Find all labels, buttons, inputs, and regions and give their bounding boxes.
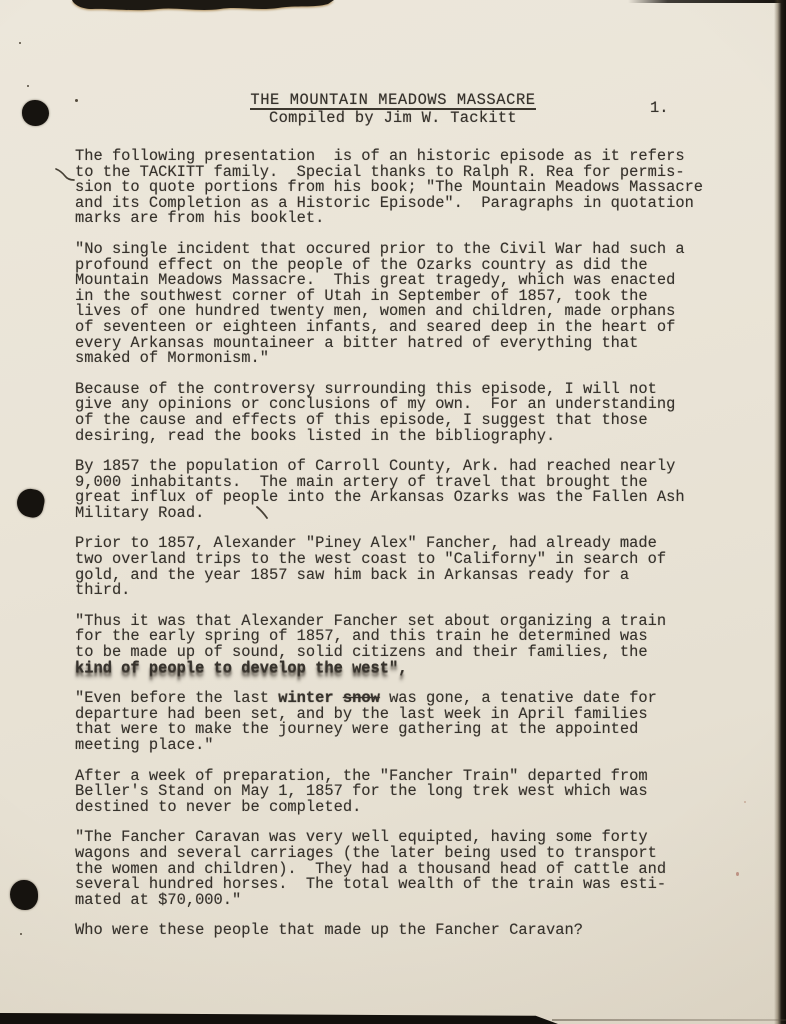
page-number: 1.: [650, 99, 668, 117]
paragraph: "The Fancher Caravan was very well equip…: [75, 830, 703, 908]
paragraph: Because of the controversy surrounding t…: [75, 382, 703, 444]
hole-punch-icon: [14, 486, 46, 519]
paragraph: "Thus it was that Alexander Fancher set …: [75, 614, 703, 676]
bottom-faint-edge-line: [552, 1019, 786, 1021]
right-scan-edge: [774, 0, 786, 1024]
paragraph: By 1857 the population of Carroll County…: [75, 459, 703, 521]
paragraph: The following presentation is of an hist…: [75, 149, 703, 227]
paragraph: After a week of preparation, the "Fanche…: [75, 769, 703, 816]
document-title: THE MOUNTAIN MEADOWS MASSACRE: [250, 92, 535, 110]
paragraph: "Even before the last winter snow was go…: [75, 691, 703, 753]
paper-speck: [744, 801, 746, 803]
paper-speck: [736, 872, 739, 876]
scanned-typewritten-page: THE MOUNTAIN MEADOWS MASSACRE Compiled b…: [0, 0, 786, 1024]
paper-speck: [19, 42, 21, 44]
paper-speck: [27, 85, 29, 87]
torn-top-edge-blob: [70, 0, 338, 14]
document-body: The following presentation is of an hist…: [75, 149, 703, 939]
paragraph: Prior to 1857, Alexander "Piney Alex" Fa…: [75, 536, 703, 598]
bottom-scan-edge: [0, 1013, 558, 1024]
paragraph: "No single incident that occured prior t…: [75, 242, 703, 367]
top-right-scan-line: [628, 0, 786, 3]
hole-punch-icon: [10, 880, 38, 910]
paragraph: Who were these people that made up the F…: [75, 923, 703, 939]
paper-speck: [20, 933, 22, 935]
